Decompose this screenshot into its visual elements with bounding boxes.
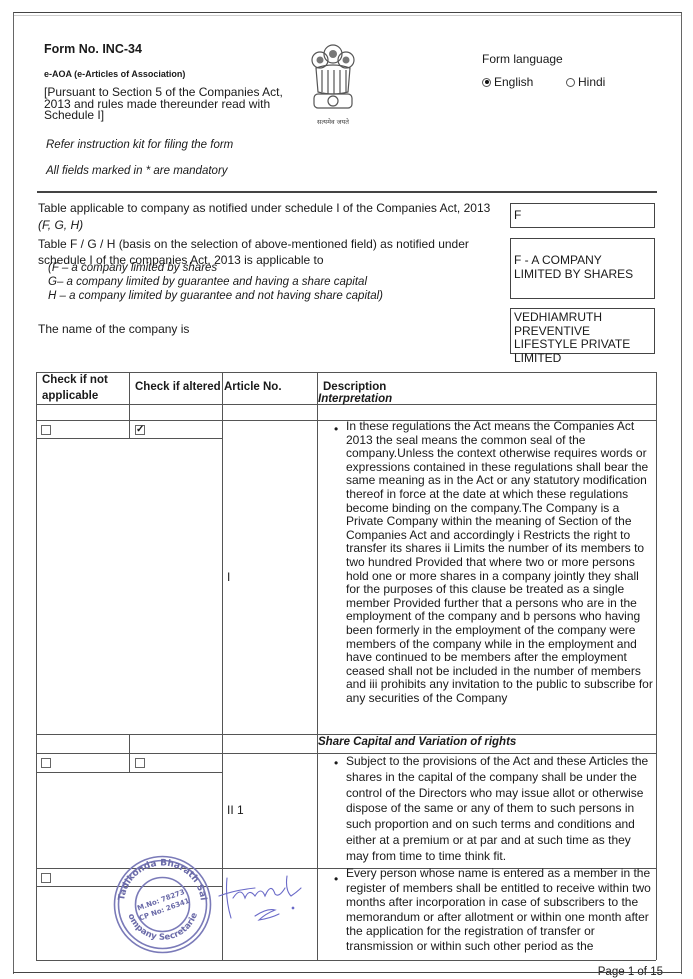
mandatory-note: All fields marked in * are mandatory xyxy=(46,165,228,177)
national-emblem-icon: सत्यमेव जयते xyxy=(306,40,360,128)
form-subtitle: e-AOA (e-Articles of Association) xyxy=(44,69,185,79)
company-secretary-seal-icon: Tadikonda Bharath Sai Company Secretarie… xyxy=(110,852,215,957)
footer-line xyxy=(13,972,682,973)
form-number: Form No. INC-34 xyxy=(44,42,142,56)
col-header-altered: Check if altered xyxy=(135,379,221,395)
bullet: • xyxy=(334,756,338,770)
header-divider xyxy=(37,191,657,193)
company-name-field[interactable]: VEDHIAMRUTH PREVENTIVE LIFESTYLE PRIVATE… xyxy=(510,308,655,354)
article-description-ii-1: Subject to the provisions of the Act and… xyxy=(346,754,654,865)
checkbox-altered-article-ii-1[interactable] xyxy=(135,758,145,768)
table-applicable-sub: (F, G, H) xyxy=(38,218,83,232)
form-language-label: Form language xyxy=(482,52,563,66)
company-name-label: The name of the company is xyxy=(38,322,189,336)
table-fgh-note-g: G– a company limited by guarantee and ha… xyxy=(48,275,367,289)
section-title-share-capital: Share Capital and Variation of rights xyxy=(318,736,516,748)
table-applicable-field[interactable]: F xyxy=(510,203,655,228)
table-fgh-note-f: (F – a company limited by shares xyxy=(48,261,217,275)
section-title-interpretation: Interpretation xyxy=(318,393,392,405)
bullet: • xyxy=(334,872,338,886)
article-no-i: I xyxy=(227,570,230,584)
col-header-not-applicable: Check if not applicable xyxy=(42,372,127,404)
table-fgh-field[interactable]: F - A COMPANY LIMITED BY SHARES xyxy=(510,238,655,299)
signature-icon xyxy=(215,868,310,928)
radio-hindi[interactable] xyxy=(566,78,575,87)
article-description-i: In these regulations the Act means the C… xyxy=(346,420,654,705)
checkbox-not-applicable-article-ii-2[interactable] xyxy=(41,873,51,883)
language-option-hindi[interactable]: Hindi xyxy=(566,75,605,89)
table-fgh-note-h: H – a company limited by guarantee and n… xyxy=(48,289,383,303)
radio-english[interactable] xyxy=(482,78,491,87)
checkbox-not-applicable-article-ii-1[interactable] xyxy=(41,758,51,768)
article-description-ii-2: Every person whose name is entered as a … xyxy=(346,866,654,953)
article-no-ii-1: II 1 xyxy=(227,803,244,817)
checkbox-altered-article-i[interactable]: ✓ xyxy=(135,425,145,435)
language-option-english[interactable]: English xyxy=(482,75,533,89)
radio-english-label: English xyxy=(494,75,533,89)
instruction-kit-link[interactable]: Refer instruction kit for filing the for… xyxy=(46,139,233,151)
pursuant-note: [Pursuant to Section 5 of the Companies … xyxy=(44,87,304,122)
checkbox-not-applicable-article-i[interactable] xyxy=(41,425,51,435)
col-header-article-no: Article No. xyxy=(224,379,282,395)
svg-text:सत्यमेव जयते: सत्यमेव जयते xyxy=(317,118,349,126)
table-applicable-label: Table applicable to company as notified … xyxy=(38,201,490,215)
radio-hindi-label: Hindi xyxy=(578,75,605,89)
bullet: • xyxy=(334,422,338,436)
